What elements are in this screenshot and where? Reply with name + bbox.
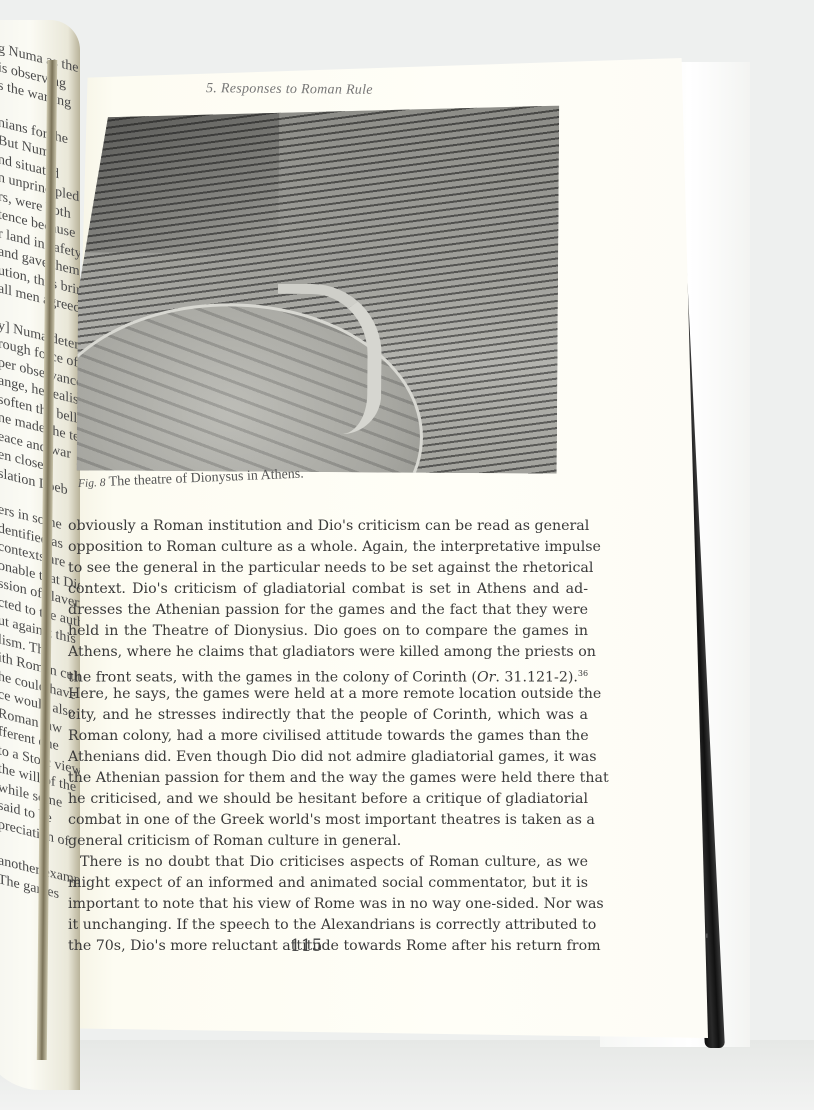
photo-barrier-wall bbox=[277, 284, 382, 435]
body-line: Athenians did. Even though Dio did not a… bbox=[68, 747, 588, 768]
body-line: held in the Theatre of Dionysius. Dio go… bbox=[68, 621, 588, 642]
body-text: obviously a Roman institution and Dio's … bbox=[68, 516, 588, 957]
body-line: general criticism of Roman culture in ge… bbox=[68, 831, 588, 852]
footnote-marker[interactable]: 36 bbox=[578, 669, 588, 678]
body-line: context. Dio's criticism of gladiatorial… bbox=[68, 579, 588, 600]
body-line: important to note that his view of Rome … bbox=[68, 894, 588, 915]
body-line: Here, he says, the games were held at a … bbox=[68, 684, 588, 705]
body-line-paragraph-start: There is no doubt that Dio criticises as… bbox=[68, 852, 588, 873]
figure-label: Fig. 8 bbox=[78, 477, 106, 490]
body-line: he criticised, and we should be hesitant… bbox=[68, 789, 588, 810]
body-line: combat in one of the Greek world's most … bbox=[68, 810, 588, 831]
body-line: might expect of an informed and animated… bbox=[68, 873, 588, 894]
body-line: the 70s, Dio's more reluctant attitude t… bbox=[68, 936, 588, 957]
figure-photo bbox=[77, 102, 560, 473]
body-line: obviously a Roman institution and Dio's … bbox=[68, 516, 588, 537]
book-photo: E' O : g Numa as theis observings the wa… bbox=[0, 0, 814, 1110]
body-line: Roman colony, had a more civilised attit… bbox=[68, 726, 588, 747]
body-line: dresses the Athenian passion for the gam… bbox=[68, 600, 588, 621]
running-head: 5. Responses to Roman Rule bbox=[206, 81, 373, 99]
body-line: opposition to Roman culture as a whole. … bbox=[68, 537, 588, 558]
body-line-citation: the front seats, with the games in the c… bbox=[68, 663, 588, 684]
body-line: to see the general in the particular nee… bbox=[68, 558, 588, 579]
table-surface bbox=[0, 1040, 814, 1110]
page-number: 115 bbox=[290, 936, 322, 956]
body-line: it unchanging. If the speech to the Alex… bbox=[68, 915, 588, 936]
body-line: city, and he stresses indirectly that th… bbox=[68, 705, 588, 726]
body-line: Athens, where he claims that gladiators … bbox=[68, 642, 588, 663]
photo-shadow bbox=[78, 102, 279, 253]
body-line: the Athenian passion for them and the wa… bbox=[68, 768, 588, 789]
